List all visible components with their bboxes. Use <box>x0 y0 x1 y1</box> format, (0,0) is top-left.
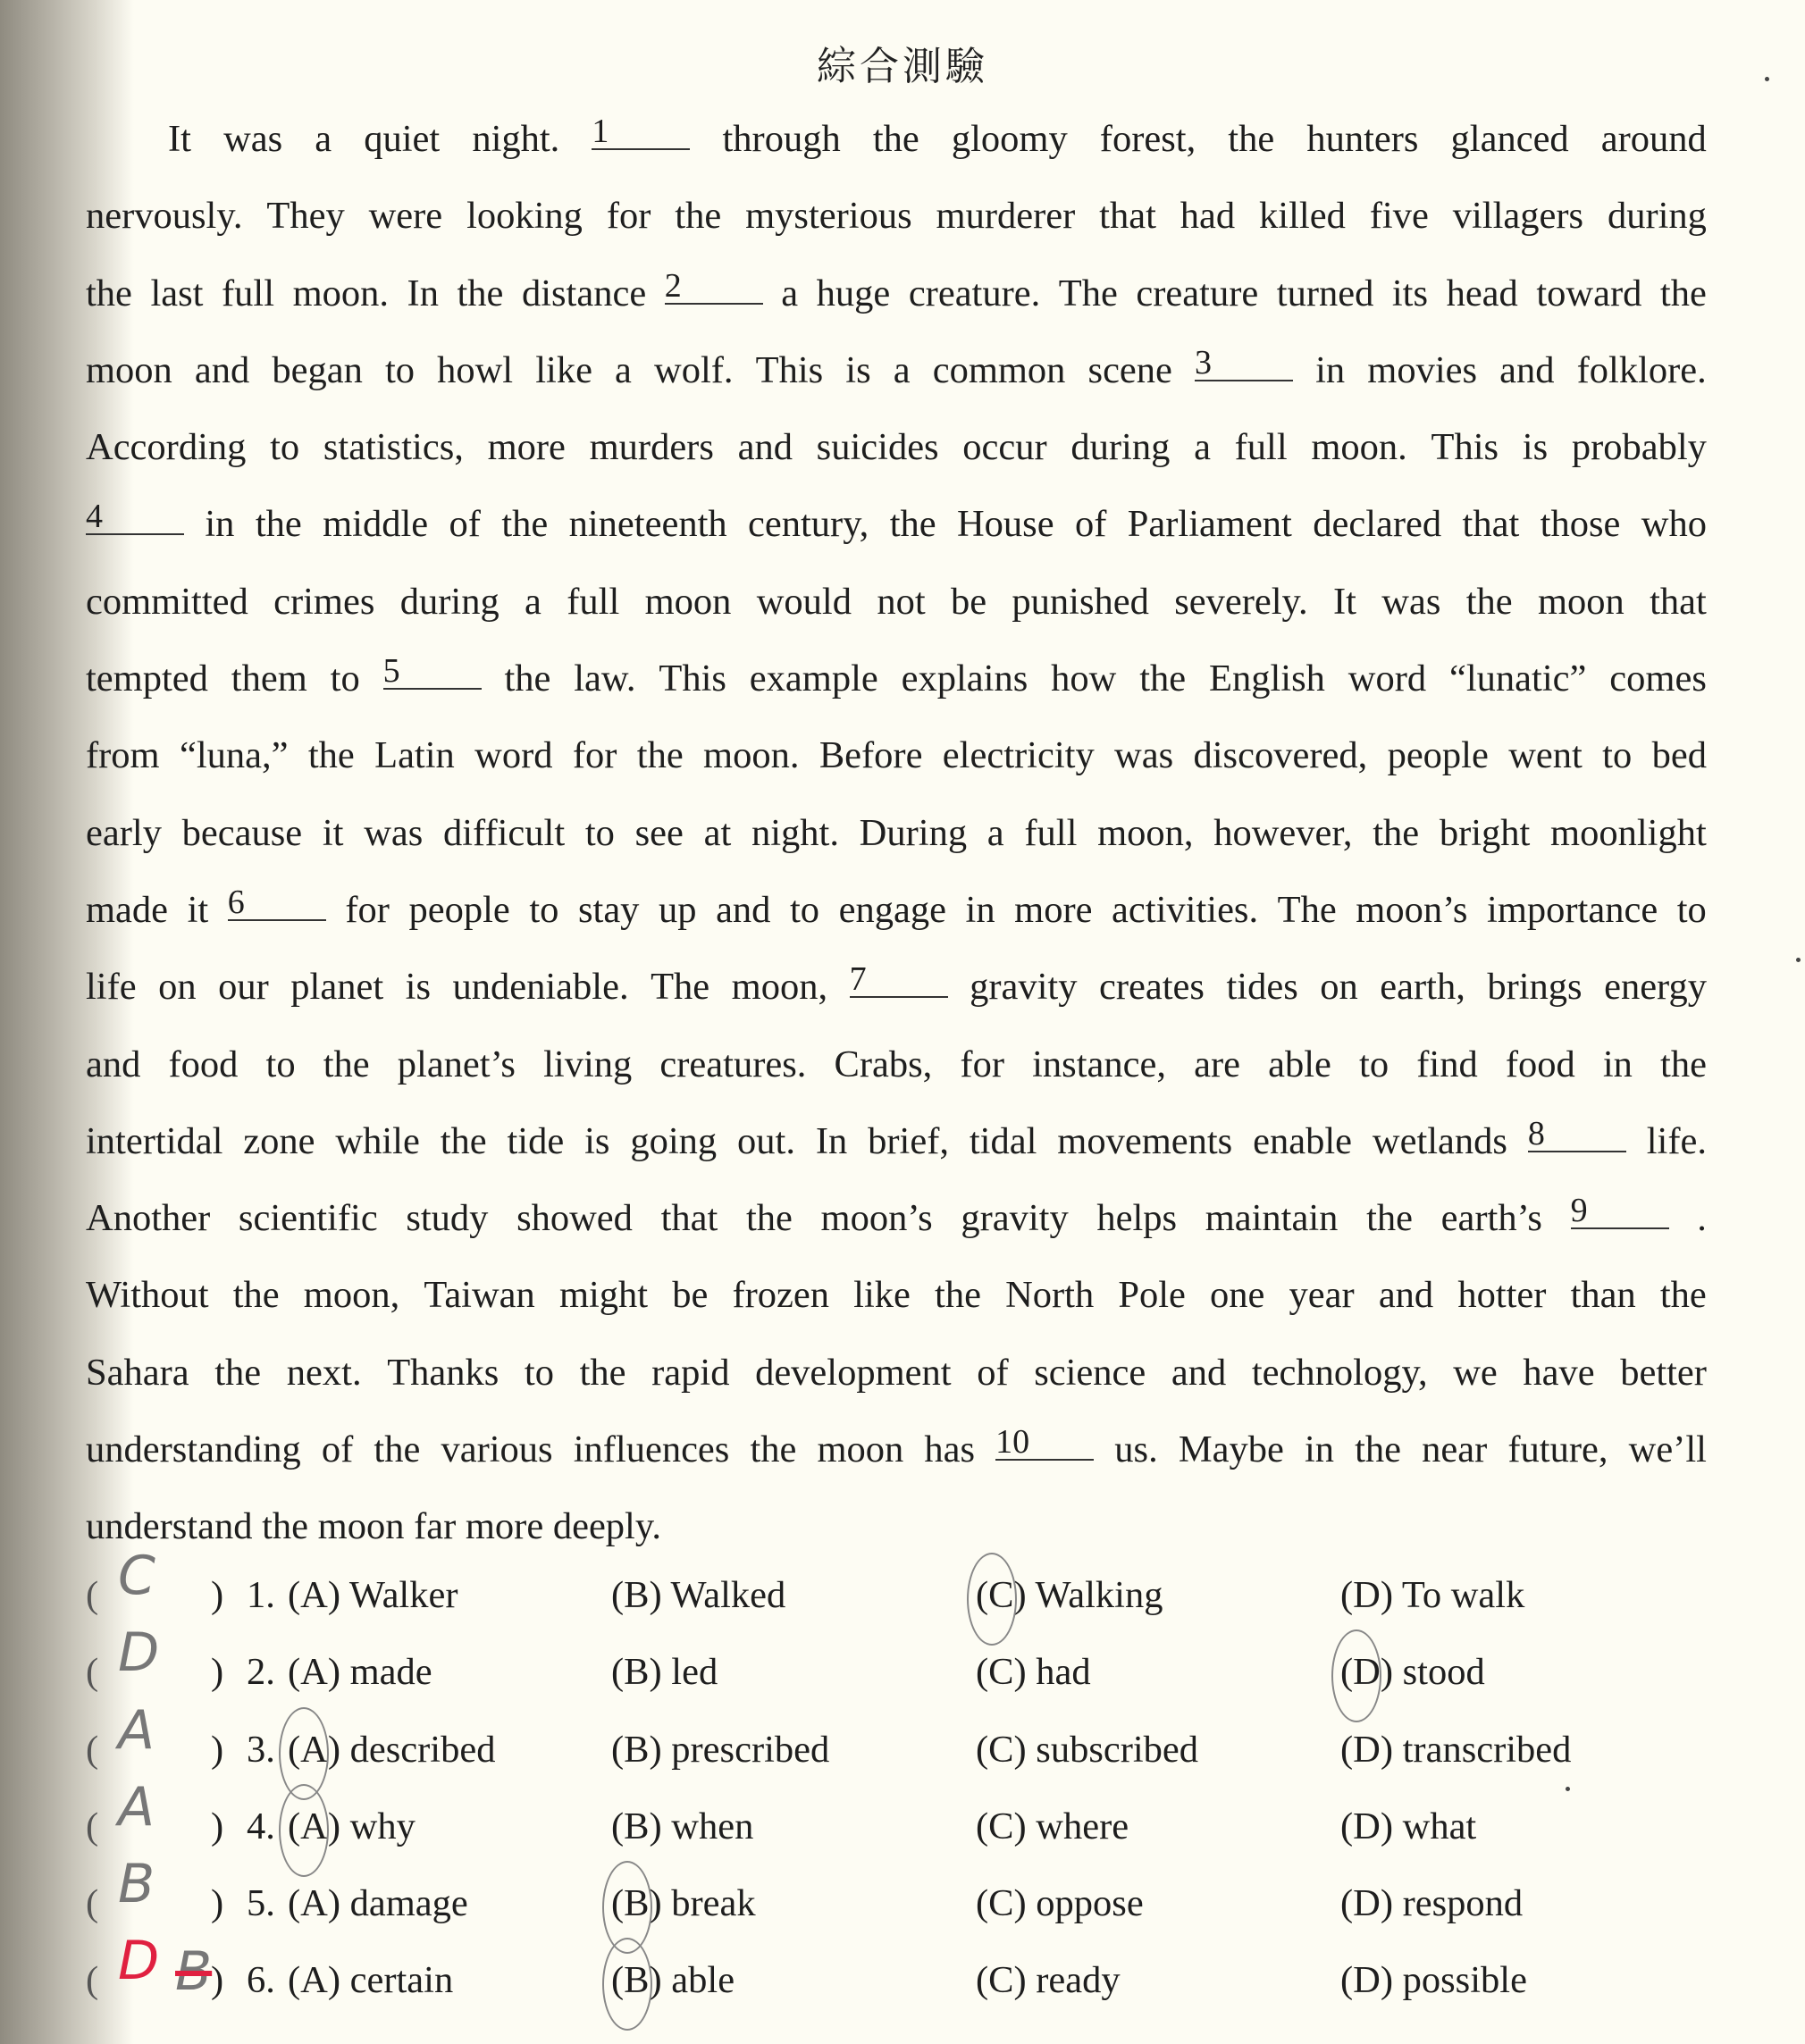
answer-paren-right: ) <box>211 1800 223 1854</box>
passage-word: more <box>488 421 566 474</box>
passage-word: technology, <box>1252 1346 1428 1400</box>
passage-word: tempted <box>86 652 208 706</box>
passage-word: in <box>1315 344 1345 398</box>
question-row: (A)3.(A) described(B) prescribed(C) subs… <box>86 1723 1712 1800</box>
passage-word: has <box>924 1423 975 1477</box>
passage-word: was <box>1381 575 1440 629</box>
passage-word: us. <box>1114 1423 1157 1477</box>
passage-word: murderer <box>936 189 1076 243</box>
passage-word: for <box>573 729 617 783</box>
passage-word: from <box>86 729 160 783</box>
passage-word: that <box>1099 189 1156 243</box>
passage-word: creature <box>1136 267 1258 321</box>
passage-word: food <box>1506 1038 1575 1092</box>
passage-word: might <box>559 1269 648 1322</box>
passage-word: on <box>158 960 197 1014</box>
passage-word: folklore. <box>1577 344 1707 398</box>
option-d[interactable]: (D) respond <box>1340 1877 1523 1931</box>
answer-paren-right: ) <box>211 1569 223 1622</box>
passage-word: The <box>1278 884 1337 937</box>
passage-word: in <box>1305 1423 1334 1477</box>
passage-word: gravity <box>970 960 1077 1014</box>
option-d[interactable]: (D) stood <box>1340 1646 1485 1699</box>
passage-word: This <box>659 652 726 706</box>
question-number: 2. <box>247 1646 275 1699</box>
passage-word: next. <box>287 1346 362 1400</box>
passage-word: moon, <box>304 1269 399 1322</box>
option-a[interactable]: (A) why <box>288 1800 416 1854</box>
passage-word: Taiwan <box>424 1269 534 1322</box>
passage-word: occur <box>962 421 1046 474</box>
passage-word: villagers <box>1453 189 1583 243</box>
passage-word: the <box>501 498 548 551</box>
passage-word: for <box>345 884 390 937</box>
question-number: 1. <box>247 1569 275 1622</box>
passage-word: helps <box>1096 1192 1177 1245</box>
passage-word: scientific <box>239 1192 378 1245</box>
passage-word: probably <box>1572 421 1707 474</box>
passage-word: importance <box>1487 884 1658 937</box>
passage-word: that <box>1650 575 1707 629</box>
handwritten-answer[interactable]: C <box>118 1549 155 1603</box>
question-row: (C)1.(A) Walker(B) Walked(C) Walking(D) … <box>86 1569 1712 1646</box>
passage-word: to <box>525 1346 554 1400</box>
blank-10: 10 <box>995 1425 1094 1461</box>
answer-paren-right: ) <box>211 1646 223 1699</box>
blank-3: 3 <box>1195 346 1293 381</box>
passage-word: and <box>716 884 770 937</box>
passage-word: the <box>935 1269 981 1322</box>
blank-8: 8 <box>1528 1117 1626 1152</box>
passage-word: example <box>750 652 878 706</box>
passage-word: Thanks <box>387 1346 499 1400</box>
option-c[interactable]: (C) Walking <box>976 1569 1163 1622</box>
passage-word: life. <box>1647 1115 1707 1169</box>
option-c[interactable]: (C) subscribed <box>976 1723 1198 1777</box>
passage-word: the <box>86 267 132 321</box>
handwritten-answer[interactable]: A <box>118 1780 155 1834</box>
passage-word: would <box>757 575 852 629</box>
passage-word: the <box>457 267 503 321</box>
passage-word: a <box>615 344 632 398</box>
passage-word: crimes <box>273 575 374 629</box>
pencil-circle-mark <box>967 1553 1017 1646</box>
passage-word: the <box>323 1038 370 1092</box>
passage-word: development <box>755 1346 952 1400</box>
passage-word: a <box>315 113 332 166</box>
passage-word: moon, <box>732 960 827 1014</box>
passage-line: andfoodtotheplanet’slivingcreatures.Crab… <box>86 1038 1707 1115</box>
passage-word: year <box>1289 1269 1355 1322</box>
passage-line: lifeonourplanetisundeniable.Themoon,7gra… <box>86 960 1707 1037</box>
passage-word: full <box>1024 807 1077 860</box>
passage-line: temptedthemto5thelaw.Thisexampleexplains… <box>86 652 1707 729</box>
passage-word: mysterious <box>745 189 912 243</box>
passage-word: nervously. <box>86 189 242 243</box>
option-a[interactable]: (A) damage <box>288 1877 468 1931</box>
passage-word: the <box>441 1115 487 1169</box>
passage-word: was <box>223 113 282 166</box>
passage-word: find <box>1416 1038 1477 1092</box>
passage-word: full <box>567 575 619 629</box>
question-row: (A)4.(A) why(B) when(C) where(D) what <box>86 1800 1712 1877</box>
passage-word: of <box>449 498 481 551</box>
passage-word: near <box>1422 1423 1487 1477</box>
passage-line: from“luna,”theLatinwordforthemoon.Before… <box>86 729 1707 806</box>
passage-word: quiet <box>364 113 440 166</box>
passage-word: movies <box>1367 344 1477 398</box>
scan-speck <box>1765 77 1769 81</box>
passage-word: word <box>1348 652 1426 706</box>
option-c[interactable]: (C) ready <box>976 1954 1121 2007</box>
passage-word: understanding <box>86 1423 301 1477</box>
passage-word: for <box>607 189 651 243</box>
passage-word: wetlands <box>1373 1115 1507 1169</box>
passage-word: undeniable. <box>453 960 629 1014</box>
passage-word: was <box>1114 729 1173 783</box>
passage-word: one <box>1210 1269 1264 1322</box>
passage-word: Sahara <box>86 1346 189 1400</box>
passage-word: we <box>1453 1346 1498 1400</box>
blank-5: 5 <box>383 654 482 690</box>
passage-word: went <box>1508 729 1583 783</box>
option-c[interactable]: (C) oppose <box>976 1877 1144 1931</box>
passage-word: to <box>790 884 819 937</box>
passage-word: study <box>406 1192 488 1245</box>
passage-word: moonlight <box>1550 807 1707 860</box>
passage-word: and <box>86 1038 140 1092</box>
passage-word: we’ll <box>1629 1423 1707 1477</box>
passage-word: They <box>266 189 344 243</box>
passage-word: during <box>1608 189 1707 243</box>
passage-word: the <box>374 1423 420 1477</box>
passage-word: “luna,” <box>180 729 289 783</box>
passage-word: brings <box>1487 960 1582 1014</box>
passage-word: the <box>256 498 302 551</box>
passage-word: moon <box>645 575 732 629</box>
answer-paren-right: ) <box>211 1877 223 1931</box>
passage-word: The <box>651 960 709 1014</box>
option-d[interactable]: (D) transcribed <box>1340 1723 1571 1777</box>
passage-word: out. <box>737 1115 795 1169</box>
option-b[interactable]: (B) able <box>611 1954 735 2007</box>
scan-speck <box>1566 1787 1570 1791</box>
passage-word: tide <box>508 1115 565 1169</box>
passage-word: Before <box>819 729 923 783</box>
passage-word: Latin <box>374 729 455 783</box>
option-a[interactable]: (A) described <box>288 1723 495 1777</box>
passage-word: full <box>222 267 274 321</box>
handwritten-answer[interactable]: D <box>118 1934 159 1988</box>
question-row: (DB)6.(A) certain(B) able(C) ready(D) po… <box>86 1954 1712 2031</box>
passage-word: was <box>364 807 423 860</box>
question-number: 3. <box>247 1723 275 1777</box>
passage-word: glanced <box>1451 113 1569 166</box>
passage-word: maintain <box>1205 1192 1339 1245</box>
passage-line: intertidalzonewhilethetideisgoingout.Inb… <box>86 1115 1707 1192</box>
option-d[interactable]: (D) possible <box>1340 1954 1527 2007</box>
question-number: 4. <box>247 1800 275 1854</box>
passage-word: various <box>441 1423 552 1477</box>
passage-line: earlybecauseitwasdifficulttoseeatnight.D… <box>86 807 1707 884</box>
passage-line: Withoutthemoon,Taiwanmightbefrozenliketh… <box>86 1269 1707 1345</box>
question-number: 6. <box>247 1954 275 2007</box>
passage-word: made <box>86 884 168 937</box>
passage-word: nineteenth <box>569 498 727 551</box>
passage-word: the <box>750 1423 796 1477</box>
passage-word: the <box>214 1346 261 1400</box>
handwritten-answer[interactable]: B <box>118 1857 155 1911</box>
option-d[interactable]: (D) To walk <box>1340 1569 1524 1622</box>
passage-word: killed <box>1259 189 1346 243</box>
passage-word: intertidal <box>86 1115 222 1169</box>
passage-word: severely. <box>1174 575 1307 629</box>
passage-word: is <box>845 344 870 398</box>
option-c[interactable]: (C) had <box>976 1646 1091 1699</box>
passage-word: earth’s <box>1441 1192 1542 1245</box>
passage-word: night. <box>751 807 839 860</box>
question-number: 5. <box>247 1877 275 1931</box>
question-row: (B)5.(A) damage(B) break(C) oppose(D) re… <box>86 1877 1712 1954</box>
answer-paren-left: ( <box>86 1877 98 1931</box>
passage-word: moon’s <box>1356 884 1467 937</box>
answer-paren-right: ) <box>211 1954 223 2007</box>
passage-word: than <box>1571 1269 1636 1322</box>
passage-word: In <box>816 1115 847 1169</box>
passage-word: those <box>1541 498 1621 551</box>
passage-word: electricity <box>943 729 1095 783</box>
passage-word: . <box>1697 1192 1707 1245</box>
passage-word: and <box>1171 1346 1226 1400</box>
passage-word: the <box>890 498 936 551</box>
option-d[interactable]: (D) what <box>1340 1800 1476 1854</box>
passage-word: last <box>150 267 203 321</box>
passage-word: the <box>1366 1192 1413 1245</box>
question-row: (D)2.(A) made(B) led(C) had(D) stood <box>86 1646 1712 1722</box>
option-b[interactable]: (B) Walked <box>611 1569 785 1622</box>
option-b[interactable]: (B) when <box>611 1800 753 1854</box>
passage-word: a <box>781 267 798 321</box>
handwritten-answer-struck: B <box>175 1945 212 1998</box>
passage-word: moon, <box>1097 807 1193 860</box>
passage-word: our <box>218 960 269 1014</box>
passage-word: people <box>408 884 509 937</box>
passage-word: House <box>957 498 1054 551</box>
passage-word: the <box>746 1192 793 1245</box>
option-b[interactable]: (B) led <box>611 1646 718 1699</box>
passage-word: English <box>1209 652 1325 706</box>
passage-word: in <box>205 498 234 551</box>
passage-word: is <box>1523 421 1548 474</box>
passage-word: Crabs, <box>835 1038 933 1092</box>
passage-word: zone <box>243 1115 315 1169</box>
passage-word: of <box>322 1423 353 1477</box>
passage-word: and <box>1499 344 1554 398</box>
passage-line: 4inthemiddleofthenineteenthcentury,theHo… <box>86 498 1707 574</box>
passage-word: the <box>1660 1269 1707 1322</box>
option-a[interactable]: (A) certain <box>288 1954 453 2007</box>
passage-word: influences <box>574 1423 730 1477</box>
passage-word: had <box>1180 189 1235 243</box>
passage-word: a <box>987 807 1004 860</box>
passage-word: like <box>535 344 592 398</box>
passage-line: understand the moon far more deeply. <box>86 1500 1707 1577</box>
passage-word: that <box>1463 498 1520 551</box>
handwritten-answer[interactable]: D <box>118 1626 159 1680</box>
passage-word: declared <box>1313 498 1441 551</box>
passage-word: moon. <box>703 729 799 783</box>
passage-word: the <box>1660 267 1707 321</box>
blank-1: 1 <box>592 114 690 150</box>
passage-word: moon. <box>1311 421 1406 474</box>
passage-word: in <box>1603 1038 1633 1092</box>
passage-word: turned <box>1277 267 1374 321</box>
passage-word: the <box>580 1346 626 1400</box>
passage-word: distance <box>522 267 646 321</box>
passage-line: Itwasaquietnight.1throughthegloomyforest… <box>86 113 1707 189</box>
passage-word: for <box>960 1038 1004 1092</box>
passage-word: because <box>182 807 303 860</box>
passage-word: moon <box>86 344 172 398</box>
passage-line: committedcrimesduringafullmoonwouldnotbe… <box>86 575 1707 652</box>
passage-line: thelastfullmoon.Inthedistance2ahugecreat… <box>86 267 1707 344</box>
passage-word: committed <box>86 575 248 629</box>
passage-word: scene <box>1088 344 1172 398</box>
passage-word: up <box>659 884 697 937</box>
passage-word: engage <box>839 884 946 937</box>
passage-word: “lunatic” <box>1449 652 1586 706</box>
passage-word: began <box>272 344 362 398</box>
passage-text: understand the moon far more deeply. <box>86 1500 661 1554</box>
passage-word: the <box>1660 1038 1707 1092</box>
passage-word: The <box>1059 267 1118 321</box>
passage-word: were <box>369 189 443 243</box>
passage-word: It <box>168 113 191 166</box>
passage-word: howl <box>437 344 513 398</box>
passage-word: who <box>1641 498 1707 551</box>
passage-word: tides <box>1226 960 1297 1014</box>
question-list: (C)1.(A) Walker(B) Walked(C) Walking(D) … <box>86 1569 1712 2031</box>
option-a[interactable]: (A) Walker <box>288 1569 458 1622</box>
passage-word: toward <box>1536 267 1641 321</box>
passage-word: have <box>1523 1346 1594 1400</box>
passage-word: middle <box>323 498 428 551</box>
passage-word: brief, <box>868 1115 949 1169</box>
passage-word: able <box>1268 1038 1331 1092</box>
passage-word: the <box>504 652 550 706</box>
handwritten-answer[interactable]: A <box>118 1704 155 1757</box>
passage-word: gloomy <box>952 113 1068 166</box>
passage-word: the <box>1139 652 1186 706</box>
passage-word: it <box>188 884 209 937</box>
passage-word: huge <box>817 267 891 321</box>
passage-word: tidal <box>970 1115 1037 1169</box>
passage-word: forest, <box>1100 113 1196 166</box>
passage-word: and <box>1379 1269 1433 1322</box>
passage-word: North <box>1005 1269 1094 1322</box>
passage-word: moon <box>1538 575 1624 629</box>
passage-word: life <box>86 960 137 1014</box>
option-c[interactable]: (C) where <box>976 1800 1129 1854</box>
passage-word: to <box>266 1038 296 1092</box>
passage-word: activities. <box>1112 884 1258 937</box>
passage-word: the <box>308 729 355 783</box>
passage-word: word <box>474 729 552 783</box>
passage-word: hunters <box>1306 113 1418 166</box>
passage-word: murders <box>590 421 714 474</box>
passage-word: through <box>723 113 841 166</box>
passage-word: showed <box>516 1192 633 1245</box>
answer-paren-left: ( <box>86 1646 98 1699</box>
option-b[interactable]: (B) break <box>611 1877 756 1931</box>
passage-word: is <box>584 1115 609 1169</box>
passage-word: moon’s <box>821 1192 933 1245</box>
passage-line: Accordingtostatistics,moremurdersandsuic… <box>86 421 1707 498</box>
passage-word: bed <box>1652 729 1707 783</box>
passage-word: to <box>385 344 415 398</box>
passage-word: rapid <box>651 1346 729 1400</box>
passage-word: them <box>231 652 307 706</box>
passage-word: early <box>86 807 162 860</box>
passage-word: how <box>1051 652 1116 706</box>
passage-word: gravity <box>961 1192 1068 1245</box>
passage-word: difficult <box>443 807 565 860</box>
passage-word: it <box>323 807 344 860</box>
passage-word: the <box>873 113 919 166</box>
passage-word: comes <box>1609 652 1707 706</box>
passage-word: the <box>1373 807 1419 860</box>
answer-paren-left: ( <box>86 1954 98 2007</box>
passage-word: bright <box>1440 807 1531 860</box>
blank-2: 2 <box>665 269 763 305</box>
passage-word: energy <box>1604 960 1707 1014</box>
passage-word: to <box>270 421 299 474</box>
passage-word: the <box>233 1269 280 1322</box>
passage-word: movements <box>1057 1115 1232 1169</box>
passage-word: while <box>335 1115 419 1169</box>
passage-word: are <box>1194 1038 1240 1092</box>
passage-word: that <box>661 1192 718 1245</box>
passage-word: Without <box>86 1269 209 1322</box>
passage-line: madeit6forpeopletostayupandtoengageinmor… <box>86 884 1707 960</box>
option-a[interactable]: (A) made <box>288 1646 432 1699</box>
passage-word: Maybe <box>1179 1423 1284 1477</box>
passage-word: during <box>1070 421 1170 474</box>
passage-word: the <box>637 729 684 783</box>
passage-word: a <box>894 344 911 398</box>
passage-word: more <box>1014 884 1092 937</box>
passage-word: wolf. <box>654 344 734 398</box>
passage-word: century, <box>748 498 869 551</box>
passage-word: suicides <box>817 421 939 474</box>
passage-line: Saharathenext.Thankstotherapiddevelopmen… <box>86 1346 1707 1423</box>
passage-word: the <box>1355 1423 1401 1477</box>
passage-word: during <box>400 575 500 629</box>
passage-word: like <box>853 1269 911 1322</box>
passage-line: nervously.Theywerelookingforthemysteriou… <box>86 189 1707 266</box>
passage-word: however, <box>1213 807 1352 860</box>
option-b[interactable]: (B) prescribed <box>611 1723 829 1777</box>
passage-word: at <box>704 807 732 860</box>
passage-word: creature. <box>909 267 1040 321</box>
passage-word: the <box>1228 113 1274 166</box>
passage-word: around <box>1601 113 1707 166</box>
passage-word: to <box>1602 729 1632 783</box>
passage-word: its <box>1392 267 1428 321</box>
passage-word: on <box>1320 960 1358 1014</box>
passage-word: This <box>1431 421 1499 474</box>
passage-word: creates <box>1099 960 1205 1014</box>
